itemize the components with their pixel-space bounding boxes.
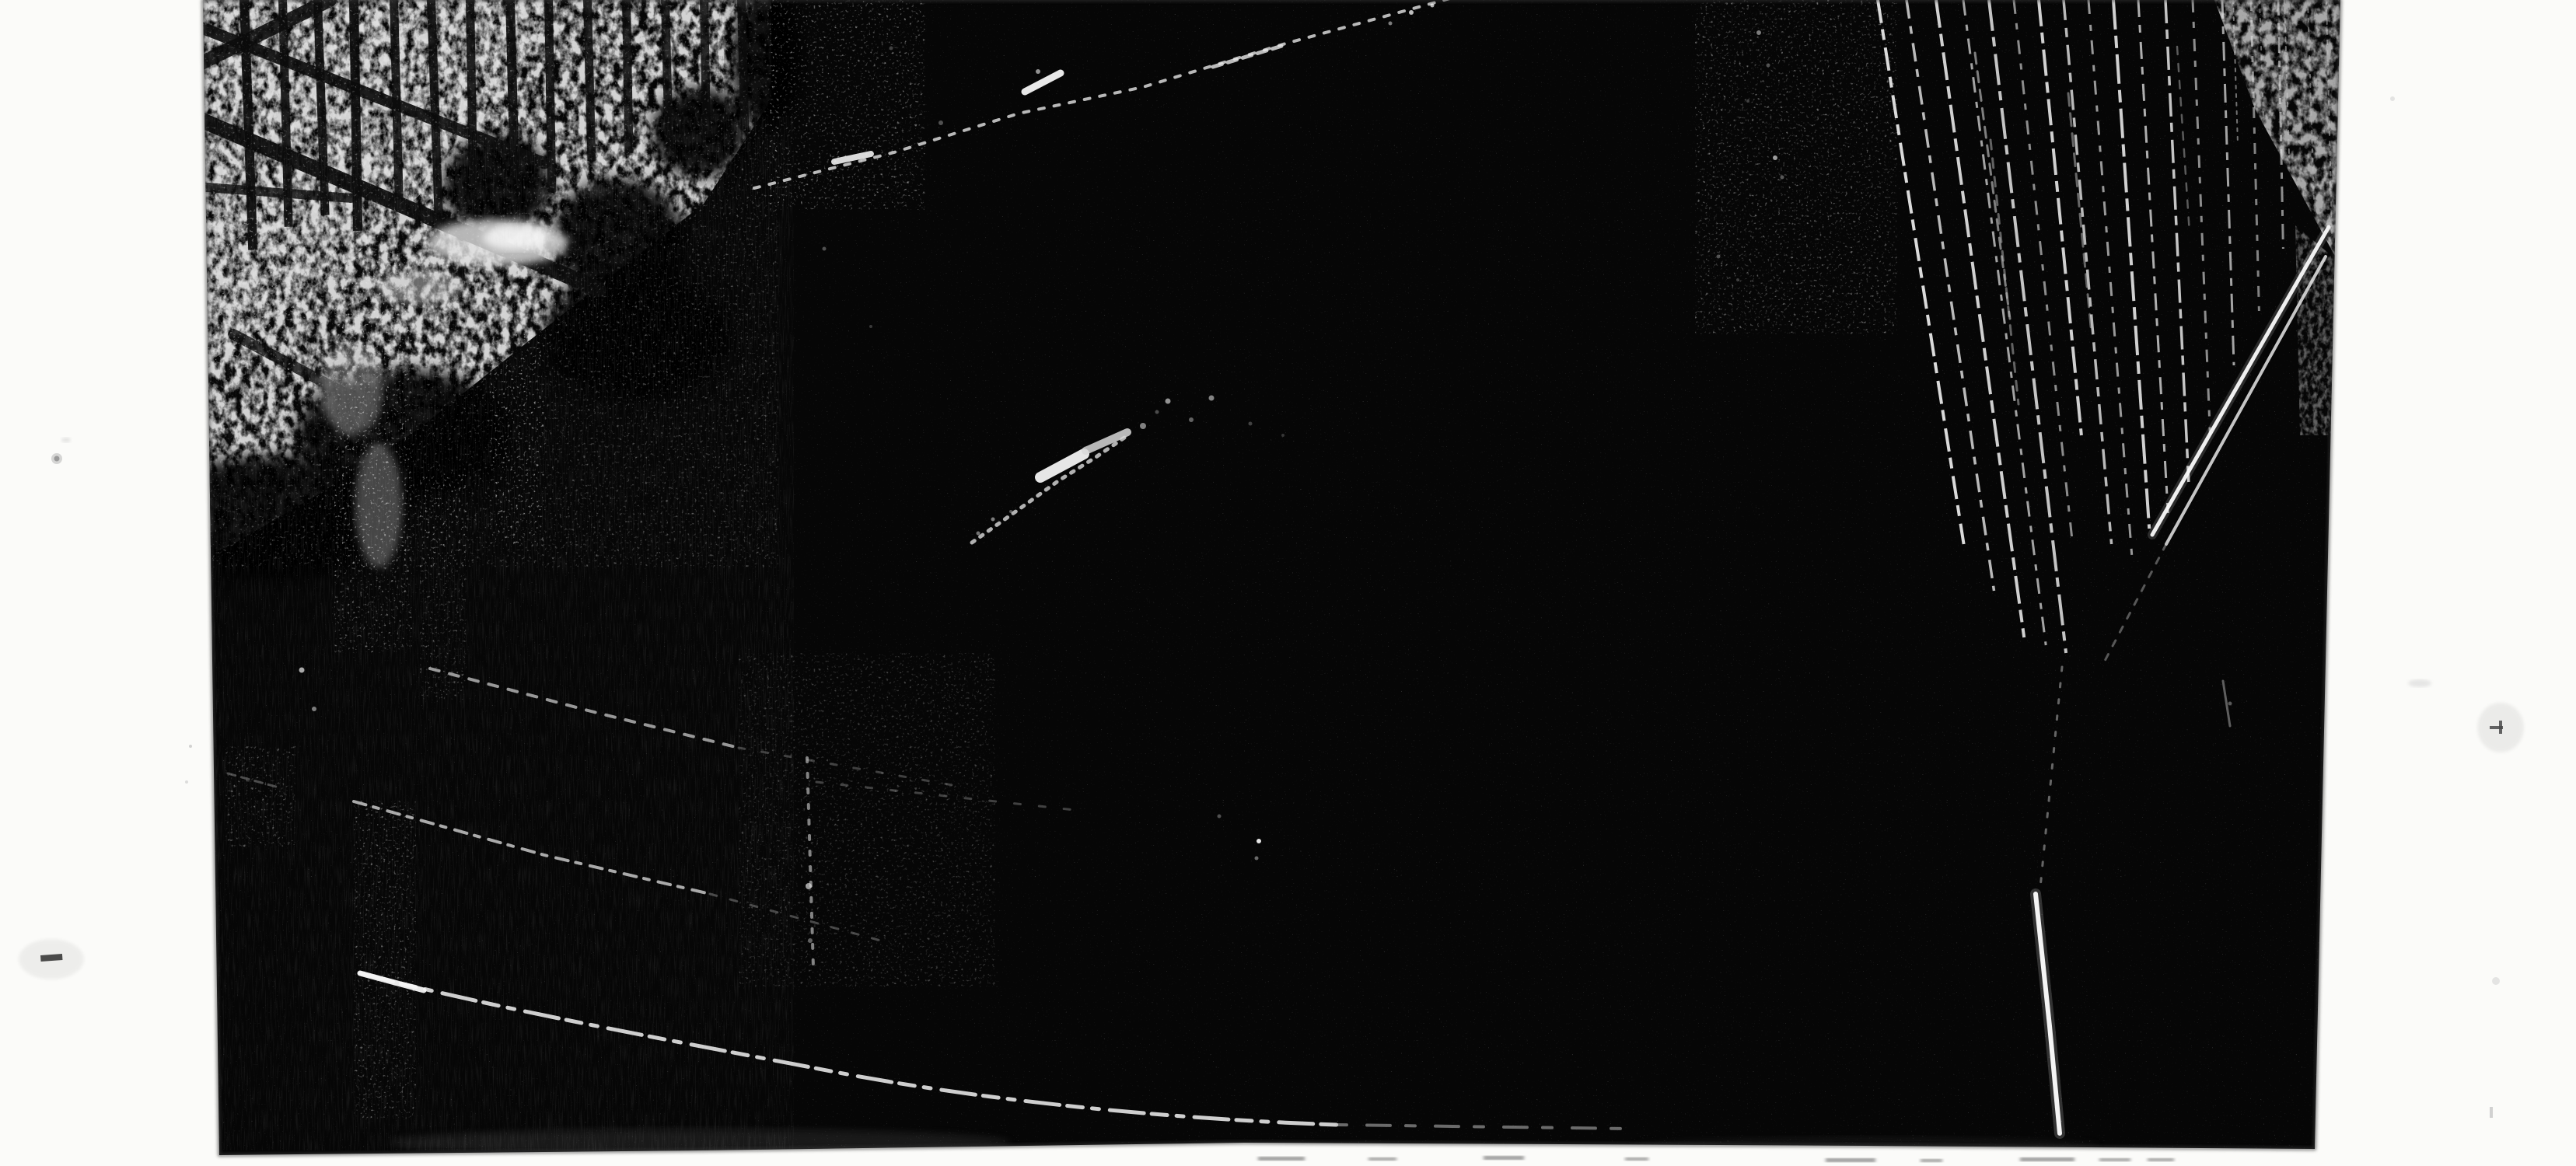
- highlight-dot: [1781, 176, 1784, 180]
- highlight-dot: [1409, 10, 1414, 15]
- margin-dot: [185, 780, 188, 784]
- margin-dot: [189, 745, 192, 748]
- margin-dash: [2499, 721, 2502, 734]
- noise-patch: [203, 117, 794, 1150]
- highlight-dot: [2228, 702, 2232, 706]
- highlight-dot: [808, 938, 813, 943]
- margin-dash: [2490, 1107, 2493, 1118]
- margin-smudge: [61, 438, 71, 442]
- highlight-dot: [806, 883, 812, 889]
- margin-dot: [54, 456, 60, 462]
- highlight-dot: [1746, 99, 1749, 103]
- highlight-dot: [1189, 417, 1194, 422]
- margin-dot: [2492, 977, 2500, 985]
- bottom-edge-speck: [2020, 1157, 2074, 1161]
- highlight-dot: [1166, 399, 1171, 404]
- highlight-dot: [1155, 410, 1159, 414]
- margin-dot: [2390, 96, 2395, 101]
- highlight-dot: [1389, 22, 1393, 26]
- scanned-document-page: [0, 0, 2576, 1166]
- highlight-dot: [1736, 278, 1739, 281]
- highlight-dot: [1767, 64, 1770, 68]
- highlight-dot: [1756, 30, 1761, 35]
- highlight-dot: [823, 247, 827, 251]
- highlight-dot: [1036, 69, 1040, 74]
- halftone-photograph: [0, 0, 2576, 1166]
- highlight-dot: [1773, 155, 1777, 160]
- highlight-dot: [1218, 815, 1222, 819]
- bottom-edge-speck: [1921, 1159, 1942, 1162]
- highlight-dot: [1431, 4, 1435, 8]
- highlight-dot: [1009, 510, 1012, 513]
- bottom-edge-speck: [1484, 1156, 1524, 1160]
- highlight-dot: [299, 668, 305, 673]
- highlight-dot: [890, 47, 893, 51]
- highlight-dot: [938, 120, 943, 125]
- highlight-dot: [869, 325, 872, 328]
- bottom-edge-speck: [1625, 1157, 1648, 1161]
- bottom-edge-speck: [2099, 1158, 2130, 1161]
- highlight-dot: [1255, 857, 1259, 861]
- highlight-dot: [1281, 434, 1285, 437]
- highlight-dot: [1717, 255, 1721, 259]
- highlight-dot: [1209, 396, 1215, 401]
- bottom-edge-speck: [1258, 1157, 1305, 1161]
- highlight-dot: [1249, 422, 1253, 426]
- highlight-dot: [312, 707, 316, 711]
- bottom-edge-speck: [1368, 1157, 1396, 1161]
- bottom-edge-speck: [2148, 1158, 2174, 1161]
- halftone-noise-layer: [202, 0, 2340, 1150]
- highlight-dot: [991, 518, 995, 522]
- noise-patch: [1695, 0, 1897, 334]
- margin-smudge: [2408, 679, 2431, 687]
- highlight-dot: [977, 532, 980, 536]
- photo-content: [148, 0, 2340, 1157]
- bottom-edge-speck: [1826, 1158, 1875, 1162]
- highlight-dot: [1140, 423, 1146, 429]
- highlight-dot: [1257, 839, 1261, 843]
